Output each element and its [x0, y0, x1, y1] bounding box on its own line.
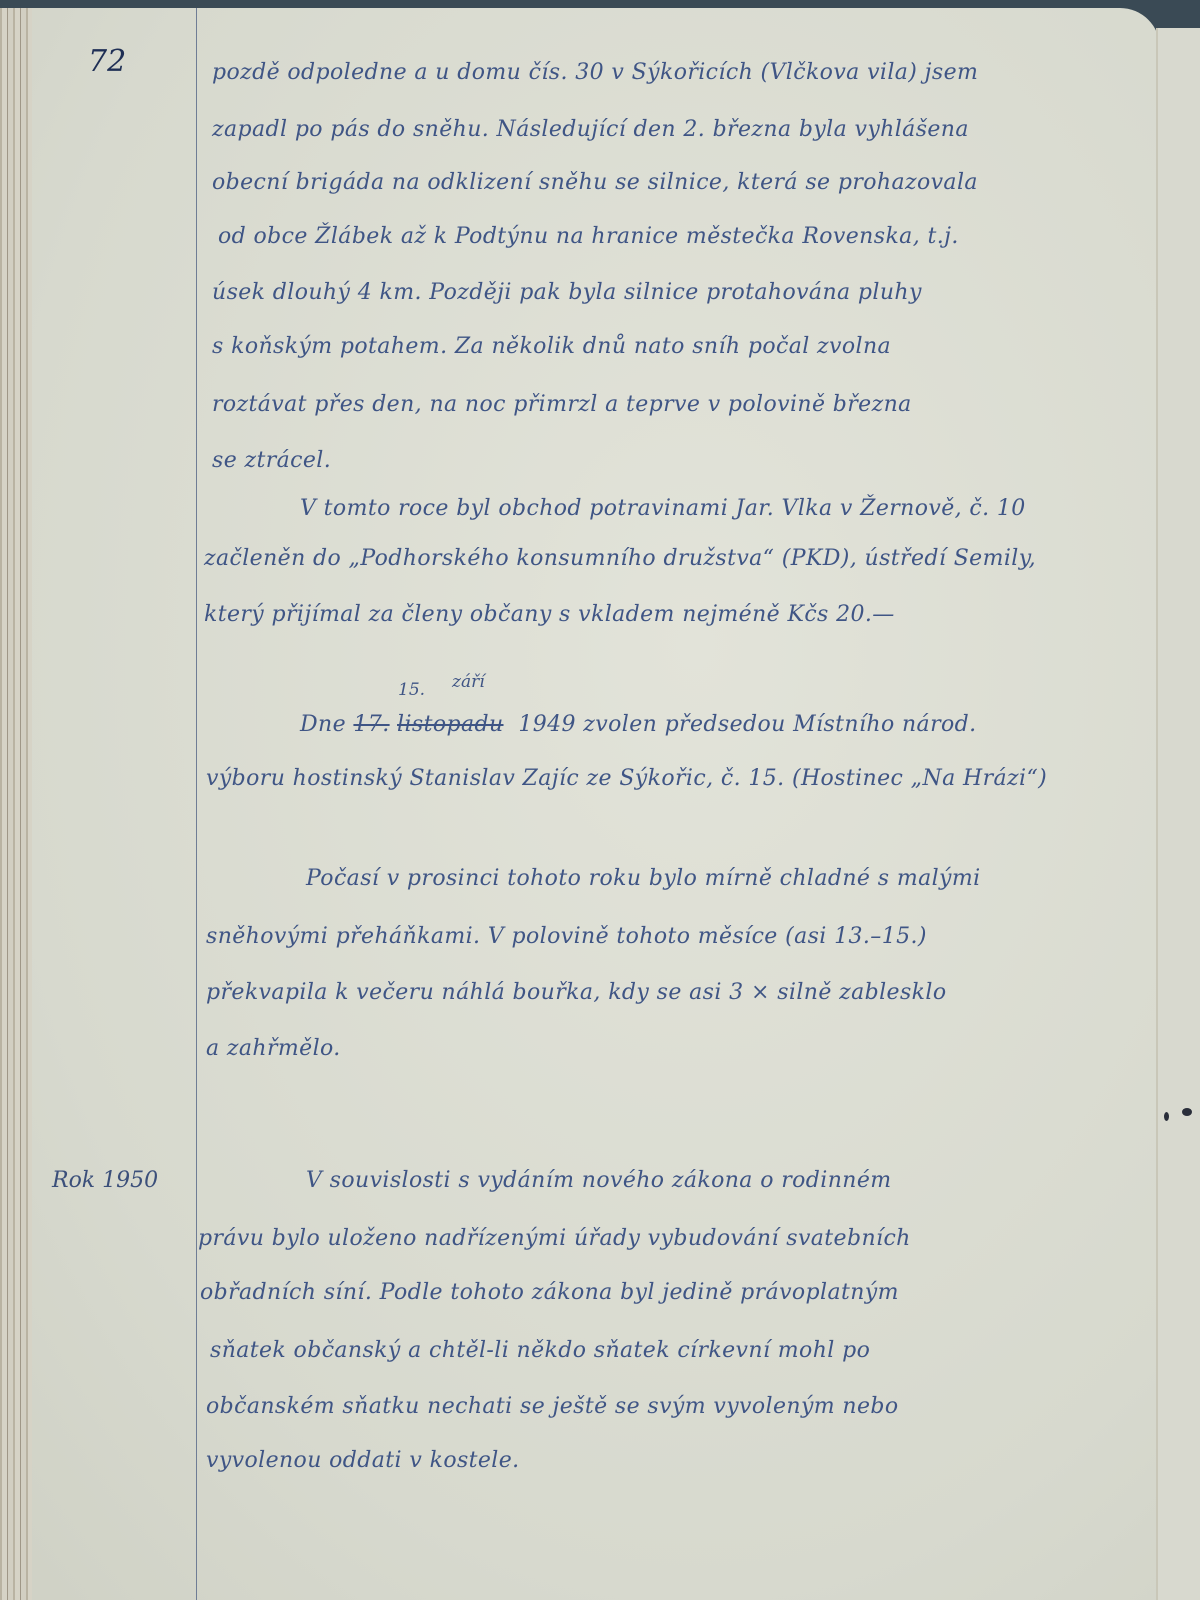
text-line: občanském sňatku nechati se ještě se svý…	[206, 1394, 899, 1419]
stacked-page-edges	[0, 8, 32, 1600]
text-line: roztávat přes den, na noc přimrzl a tepr…	[212, 392, 912, 417]
struck-month: listopadu	[397, 712, 504, 737]
text-line: od obce Žlábek až k Podtýnu na hranice m…	[218, 224, 959, 249]
text-line: Dne 17. listopadu 1949 zvolen předsedou …	[300, 712, 977, 737]
text-line: V souvislosti s vydáním nového zákona o …	[306, 1168, 892, 1193]
text-line: sňatek občanský a chtěl-li někdo sňatek …	[210, 1338, 870, 1363]
text-line: s koňským potahem. Za několik dnů nato s…	[212, 334, 891, 359]
text-line: pozdě odpoledne a u domu čís. 30 v Sýkoř…	[212, 60, 978, 85]
text-line: V tomto roce byl obchod potravinami Jar.…	[300, 496, 1026, 521]
ink-blot	[1182, 1108, 1192, 1116]
struck-day: 17.	[353, 712, 389, 737]
inserted-day: 15.	[398, 680, 425, 700]
page-number: 72	[88, 44, 126, 79]
text-line: obecní brigáda na odklizení sněhu se sil…	[212, 170, 978, 195]
margin-note-year: Rok 1950	[52, 1168, 158, 1193]
text-line: a zahřmělo.	[206, 1036, 341, 1061]
struck-date-prefix: Dne	[300, 712, 353, 737]
text-line: právu bylo uloženo nadřízenými úřady vyb…	[198, 1226, 911, 1251]
text-line: Počasí v prosinci tohoto roku bylo mírně…	[306, 866, 981, 891]
year-and-rest: 1949 zvolen předsedou Místního národ.	[511, 712, 977, 737]
text-line: výboru hostinský Stanislav Zajíc ze Sýko…	[206, 766, 1047, 791]
text-line: se ztrácel.	[212, 448, 331, 473]
text-line: překvapila k večeru náhlá bouřka, kdy se…	[206, 980, 946, 1005]
facing-page-edge	[1156, 28, 1200, 1600]
text-line: vyvolenou oddati v kostele.	[206, 1448, 520, 1473]
ink-blot	[1164, 1112, 1169, 1121]
margin-rule	[196, 8, 197, 1600]
text-line: sněhovými přeháňkami. V polovině tohoto …	[206, 924, 927, 949]
inserted-month: září	[452, 672, 485, 692]
text-line: obřadních síní. Podle tohoto zákona byl …	[200, 1280, 899, 1305]
text-line: úsek dlouhý 4 km. Později pak byla silni…	[212, 280, 922, 305]
text-line: který přijímal za členy občany s vkladem…	[204, 602, 895, 627]
text-line: začleněn do „Podhorského konsumního druž…	[204, 546, 1036, 571]
text-line: zapadl po pás do sněhu. Následující den …	[212, 117, 969, 142]
